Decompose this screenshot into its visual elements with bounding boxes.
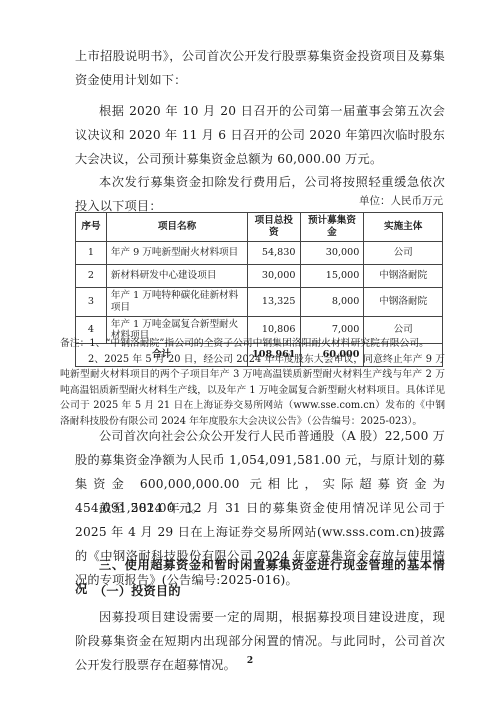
cell-entity: 中钢洛耐院 — [364, 265, 443, 288]
header-project-name: 项目名称 — [106, 213, 247, 242]
table-notes: 备注：1、“中钢洛耐院”指公司的全资子公司中钢集团洛阳耐火材料研究院有限公司。 … — [60, 336, 445, 429]
table-row: 1 年产 9 万吨新型耐火材料项目 54,830 30,000 公司 — [76, 242, 443, 265]
document-page: 上市招股说明书》，公司首次公开发行股票募集资金投资项目及募集资金使用计划如下： … — [0, 0, 500, 707]
cell-total: 54,830 — [248, 242, 300, 265]
cell-project-name: 年产 9 万吨新型耐火材料项目 — [106, 242, 247, 265]
cell-project-name: 新材料研发中心建设项目 — [106, 265, 247, 288]
cell-total: 30,000 — [248, 265, 300, 288]
paragraph-board-resolution: 根据 2020 年 10 月 20 日召开的公司第一届董事会第五次会议决议和 2… — [75, 99, 445, 171]
cell-no: 2 — [76, 265, 107, 288]
note-1: 备注：1、“中钢洛耐院”指公司的全资子公司中钢集团洛阳耐火材料研究院有限公司。 — [60, 336, 445, 352]
cell-no: 3 — [76, 288, 107, 317]
cell-no: 1 — [76, 242, 107, 265]
note-2: 2、2025 年 5 月 20 日，经公司 2024 年年度股东大会审议，同意终… — [60, 352, 445, 430]
table-row: 2 新材料研发中心建设项目 30,000 15,000 中钢洛耐院 — [76, 265, 443, 288]
paragraph-plan-intro: 上市招股说明书》，公司首次公开发行股票募集资金投资项目及募集资金使用计划如下： — [75, 44, 445, 92]
cell-entity: 公司 — [364, 242, 443, 265]
page-number: 2 — [0, 656, 500, 666]
header-no: 序号 — [76, 213, 107, 242]
cell-raised: 30,000 — [300, 242, 364, 265]
cell-entity: 中钢洛耐院 — [364, 288, 443, 317]
cell-total: 13,325 — [248, 288, 300, 317]
header-raised-funds: 预计募集资金 — [300, 213, 364, 242]
header-total-investment: 项目总投资 — [248, 213, 300, 242]
table-row: 3 年产 1 万吨特种碳化硅新材料项目 13,325 8,000 中钢洛耐院 — [76, 288, 443, 317]
cell-raised: 15,000 — [300, 265, 364, 288]
header-implementing-entity: 实施主体 — [364, 213, 443, 242]
cell-project-name: 年产 1 万吨特种碳化硅新材料项目 — [106, 288, 247, 317]
subheading-investment-purpose: （一）投资目的 — [94, 579, 464, 603]
unit-label: 单位：人民币万元 — [359, 193, 443, 208]
paragraph-investment-purpose: 因募投项目建设需要一定的周期，根据募投项目建设进度，现阶段募集资金在短期内出现部… — [75, 605, 445, 677]
cell-raised: 8,000 — [300, 288, 364, 317]
table-header-row: 序号 项目名称 项目总投资 预计募集资金 实施主体 — [76, 213, 443, 242]
